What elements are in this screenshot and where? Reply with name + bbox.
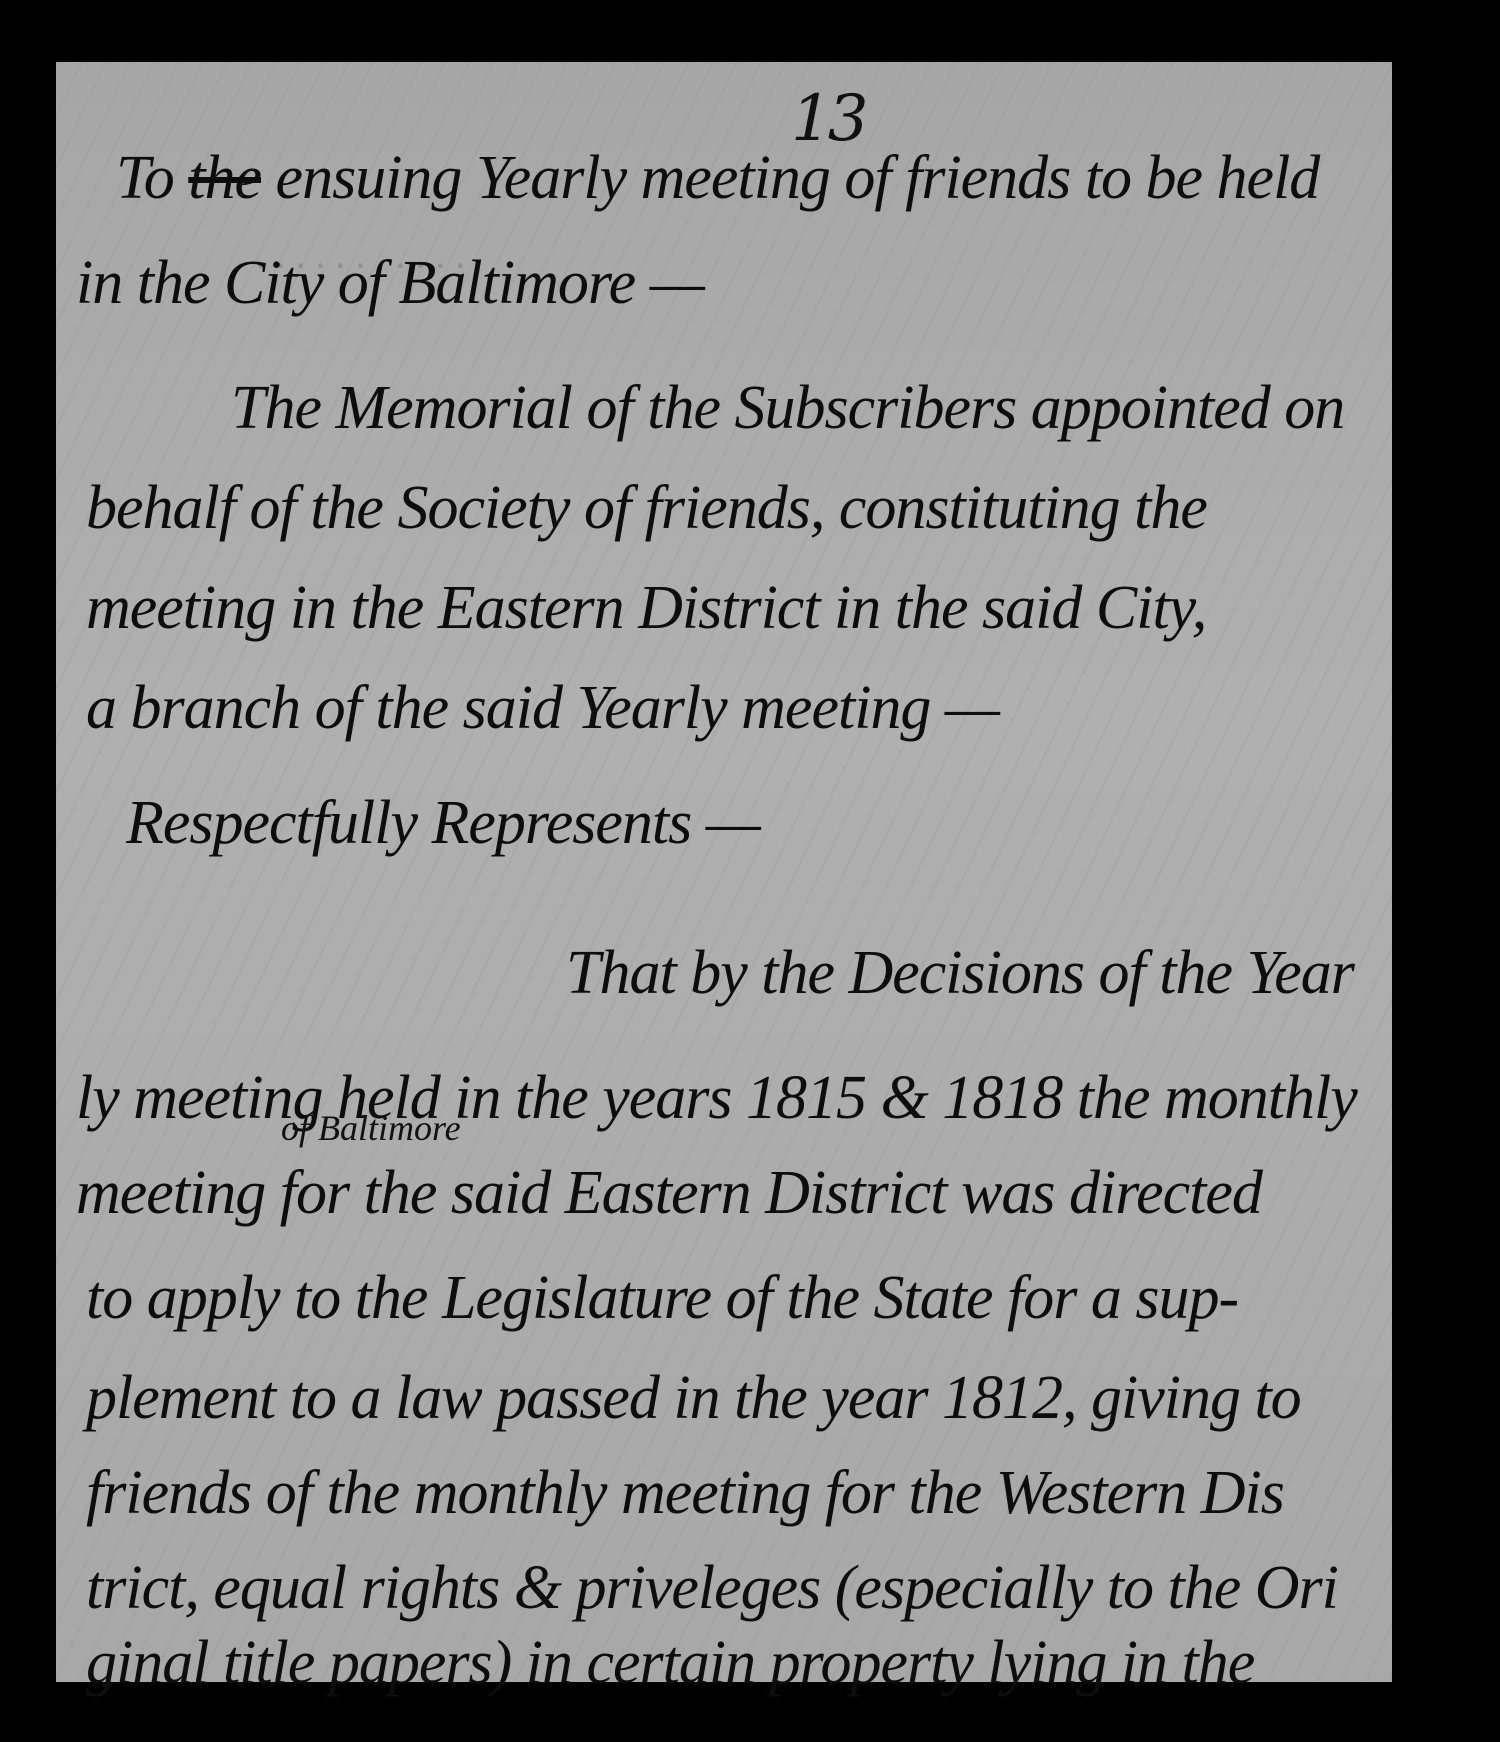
manuscript-line-13: friends of the monthly meeting for the W… [86,1462,1284,1524]
manuscript-line-10: meeting for the said Eastern District wa… [76,1162,1262,1224]
manuscript-line-8: That by the Decisions of the Year [566,942,1354,1004]
interlinear-insertion: of Baltimore [281,1107,461,1149]
manuscript-line-14: trict, equal rights & priveleges (especi… [86,1557,1338,1619]
line-text: ensuing Yearly meeting of friends to be … [276,144,1320,212]
manuscript-line-6: a branch of the said Yearly meeting — [86,677,999,739]
manuscript-line-2: in the City of Baltimore — [76,252,704,314]
manuscript-line-12: plement to a law passed in the year 1812… [86,1367,1301,1429]
manuscript-line-5: meeting in the Eastern District in the s… [86,577,1206,639]
manuscript-line-9: ly meeting held in the years 1815 & 1818… [76,1067,1357,1129]
manuscript-line-7: Respectfully Represents — [126,792,760,854]
manuscript-line-1: To the ensuing Yearly meeting of friends… [116,147,1319,209]
manuscript-line-3: The Memorial of the Subscribers appointe… [231,377,1344,439]
struck-word: the [188,144,261,212]
manuscript-page: 13 · · · · · · · · · · · · To the ensuin… [56,62,1392,1682]
manuscript-line-11: to apply to the Legislature of the State… [86,1267,1238,1329]
manuscript-line-4: behalf of the Society of friends, consti… [86,477,1207,539]
manuscript-line-15: ginal title papers) in certain property … [86,1632,1254,1694]
salutation-insertion: To [116,144,174,212]
